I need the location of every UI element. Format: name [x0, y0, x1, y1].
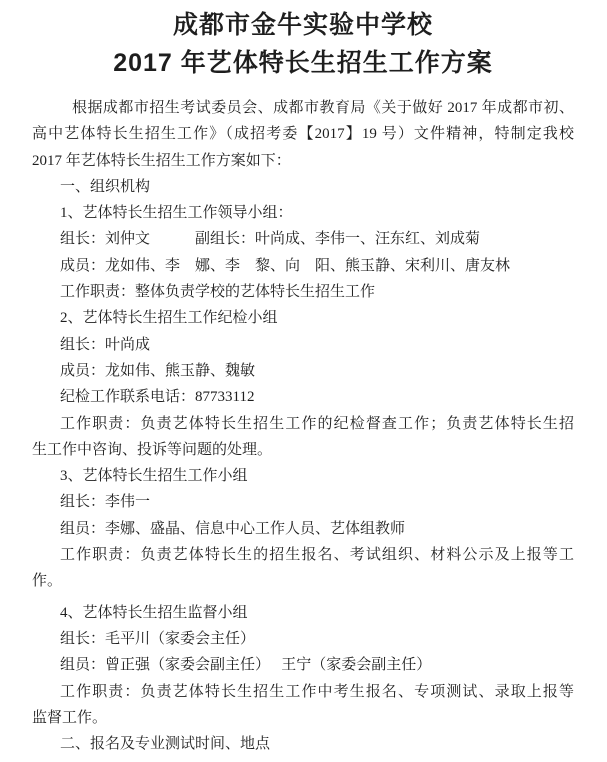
paragraph-section-1-heading: 一、组织机构	[32, 174, 574, 200]
text-line: 纪检工作联系电话：87733112	[32, 384, 574, 410]
paragraph-intro: 根据成都市招生考试委员会、成都市教育局《关于做好 2017 年成都市初、高中艺体…	[32, 95, 574, 174]
paragraph-group-4-heading: 4、艺体特长生招生监督小组	[32, 600, 574, 626]
paragraph-group-2-leader: 组长：叶尚成	[32, 332, 574, 358]
text-line: 4、艺体特长生招生监督小组	[32, 600, 574, 626]
paragraph-group-1-duty: 工作职责：整体负责学校的艺体特长生招生工作	[32, 279, 574, 305]
text-line: 成员：龙如伟、熊玉静、魏敏	[32, 358, 574, 384]
paragraph-discipline-phone: 纪检工作联系电话：87733112	[32, 384, 574, 410]
text-line: 工作职责：负责艺体特长生招生工作的纪检督查工作；负责艺体特长生招	[32, 411, 574, 437]
text-line: 二、报名及专业测试时间、地点	[32, 731, 574, 757]
paragraph-group-1-members: 成员：龙如伟、李 娜、李 黎、向 阳、熊玉静、宋利川、唐友林	[32, 253, 574, 279]
paragraph-group-4-duty: 工作职责：负责艺体特长生招生工作中考生报名、专项测试、录取上报等监督工作。	[32, 679, 574, 732]
paragraph-group-3-heading: 3、艺体特长生招生工作小组	[32, 463, 574, 489]
text-line: 根据成都市招生考试委员会、成都市教育局《关于做好 2017 年成都市初、	[32, 95, 574, 121]
text-line: 组员：李娜、盛晶、信息中心工作人员、艺体组教师	[32, 516, 574, 542]
paragraph-group-4-members: 组员：曾正强（家委会副主任） 王宁（家委会副主任）	[32, 652, 574, 678]
text-line: 组长：毛平川（家委会主任）	[32, 626, 574, 652]
text-line: 生工作中咨询、投诉等问题的处理。	[32, 437, 574, 463]
text-line: 2017 年艺体特长生招生工作方案如下：	[32, 148, 574, 174]
text-line: 成员：龙如伟、李 娜、李 黎、向 阳、熊玉静、宋利川、唐友林	[32, 253, 574, 279]
text-line: 作。	[32, 568, 574, 594]
text-line: 组长：李伟一	[32, 489, 574, 515]
paragraph-group-2-duty: 工作职责：负责艺体特长生招生工作的纪检督查工作；负责艺体特长生招生工作中咨询、投…	[32, 411, 574, 464]
paragraph-group-3-members: 组员：李娜、盛晶、信息中心工作人员、艺体组教师	[32, 516, 574, 542]
text-line: 工作职责：负责艺体特长生的招生报名、考试组织、材料公示及上报等工	[32, 542, 574, 568]
paragraph-group-3-leader: 组长：李伟一	[32, 489, 574, 515]
text-line: 2、艺体特长生招生工作纪检小组	[32, 305, 574, 331]
paragraph-group-2-members: 成员：龙如伟、熊玉静、魏敏	[32, 358, 574, 384]
text-line: 3、艺体特长生招生工作小组	[32, 463, 574, 489]
text-line: 组长：刘仲文 副组长：叶尚成、李伟一、汪东红、刘成菊	[32, 226, 574, 252]
paragraph-group-4-leader: 组长：毛平川（家委会主任）	[32, 626, 574, 652]
text-line: 组长：叶尚成	[32, 332, 574, 358]
paragraph-group-2-heading: 2、艺体特长生招生工作纪检小组	[32, 305, 574, 331]
text-line: 工作职责：整体负责学校的艺体特长生招生工作	[32, 279, 574, 305]
document-body: 根据成都市招生考试委员会、成都市教育局《关于做好 2017 年成都市初、高中艺体…	[32, 95, 574, 757]
document-title-line-1: 成都市金牛实验中学校	[32, 6, 574, 44]
text-line: 高中艺体特长生招生工作》（成招考委【2017】19 号）文件精神，特制定我校	[32, 121, 574, 147]
text-line: 监督工作。	[32, 705, 574, 731]
paragraph-group-1-heading: 1、艺体特长生招生工作领导小组：	[32, 200, 574, 226]
paragraph-section-2-heading: 二、报名及专业测试时间、地点	[32, 731, 574, 757]
text-line: 一、组织机构	[32, 174, 574, 200]
paragraph-group-1-leaders: 组长：刘仲文 副组长：叶尚成、李伟一、汪东红、刘成菊	[32, 226, 574, 252]
paragraph-group-3-duty: 工作职责：负责艺体特长生的招生报名、考试组织、材料公示及上报等工作。	[32, 542, 574, 595]
text-line: 1、艺体特长生招生工作领导小组：	[32, 200, 574, 226]
text-line: 组员：曾正强（家委会副主任） 王宁（家委会副主任）	[32, 652, 574, 678]
text-line: 工作职责：负责艺体特长生招生工作中考生报名、专项测试、录取上报等	[32, 679, 574, 705]
document-title-line-2: 2017 年艺体特长生招生工作方案	[32, 44, 574, 82]
document-page: 成都市金牛实验中学校 2017 年艺体特长生招生工作方案 根据成都市招生考试委员…	[0, 0, 607, 762]
